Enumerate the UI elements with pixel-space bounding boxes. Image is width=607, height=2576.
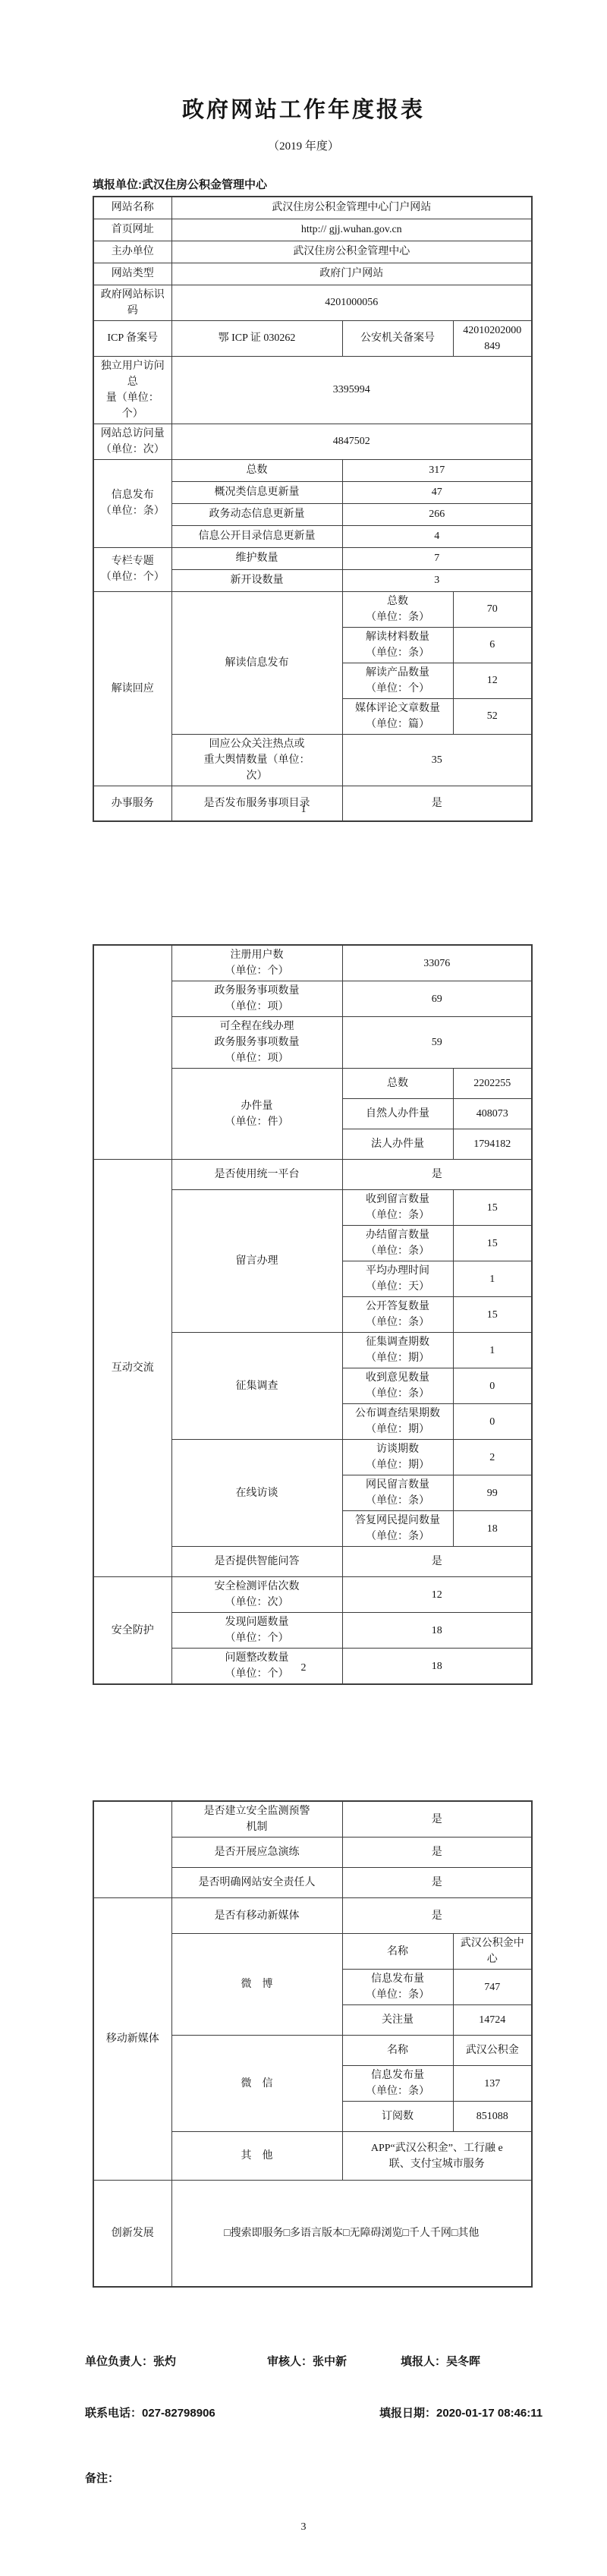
total-visits-label: 网站总访问量 （单位：次） — [93, 424, 171, 459]
columns-maintained-label: 维护数量 — [171, 547, 342, 569]
response-hotspot-value: 35 — [342, 734, 532, 786]
registered-users-value: 33076 — [342, 945, 532, 981]
info-total-label: 总数 — [171, 459, 342, 481]
messages-completed-value: 15 — [453, 1226, 532, 1261]
info-publish-section-label: 信息发布 （单位：条） — [93, 459, 171, 547]
other-media-value: APP“武汉公积金”、工行融 e 联、支付宝城市服务 — [342, 2132, 532, 2181]
messages-public-value: 15 — [453, 1297, 532, 1333]
survey-opinions-value: 0 — [453, 1368, 532, 1404]
has-mobile-media-value: 是 — [342, 1898, 532, 1934]
site-code-value: 4201000056 — [171, 285, 532, 320]
wechat-posts-label: 信息发布量 （单位：条） — [342, 2066, 453, 2102]
interpretation-section-label: 解读回应 — [93, 591, 171, 786]
interp-material-value: 6 — [453, 627, 532, 663]
interp-total-label: 总数 （单位：条） — [342, 591, 453, 627]
messages-avgtime-value: 1 — [453, 1261, 532, 1297]
security-checks-label: 安全检测评估次数 （单位：次） — [171, 1577, 342, 1613]
report-title: 政府网站工作年度报表 — [0, 0, 607, 124]
info-directory-value: 4 — [342, 525, 532, 547]
security-drill-value: 是 — [342, 1838, 532, 1868]
unique-visitors-value: 3395994 — [171, 356, 532, 424]
survey-periods-value: 1 — [453, 1333, 532, 1368]
interp-total-value: 70 — [453, 591, 532, 627]
info-directory-label: 信息公开目录信息更新量 — [171, 525, 342, 547]
wechat-name-value: 武汉公积金 — [453, 2036, 532, 2066]
unified-platform-label: 是否使用统一平台 — [171, 1160, 342, 1190]
table-row: 信息发布 （单位：条） 总数 317 — [93, 459, 532, 481]
unit-head-signature: 单位负责人：张灼 — [85, 2353, 176, 2369]
security-warning-label: 是否建立安全监测预警 机制 — [171, 1801, 342, 1838]
home-url-value: http:// gjj.wuhan.gov.cn — [171, 219, 532, 241]
interp-media-label: 媒体评论文章数量 （单位：篇） — [342, 698, 453, 734]
handling-total-label: 总数 — [342, 1069, 453, 1099]
table-row: 互动交流 是否使用统一平台 是 — [93, 1160, 532, 1190]
table-row: 政府网站标识码 4201000056 — [93, 285, 532, 320]
wechat-posts-value: 137 — [453, 2066, 532, 2102]
smart-qa-label: 是否提供智能问答 — [171, 1547, 342, 1577]
security-owner-value: 是 — [342, 1868, 532, 1898]
response-hotspot-label: 回应公众关注热点或 重大舆情数量（单位： 次） — [171, 734, 342, 786]
service-items-label: 政务服务事项数量 （单位：项） — [171, 981, 342, 1017]
security-checks-value: 12 — [342, 1577, 532, 1613]
info-dynamic-label: 政务动态信息更新量 — [171, 503, 342, 525]
filing-date: 填报日期：2020-01-17 08:46:11 — [379, 2404, 543, 2420]
organizer-value: 武汉住房公积金管理中心 — [171, 241, 532, 263]
online-items-label: 可全程在线办理 政务服务事项数量 （单位：项） — [171, 1017, 342, 1069]
info-overview-value: 47 — [342, 481, 532, 503]
registered-users-label: 注册用户数 （单位：个） — [171, 945, 342, 981]
special-columns-section-label: 专栏专题 （单位：个） — [93, 547, 171, 591]
page-3: 是否建立安全监测预警 机制 是 是否开展应急演练 是 是否明确网站安全责任人 是… — [0, 1717, 607, 2576]
innovation-section-label: 创新发展 — [93, 2181, 171, 2287]
weibo-name-value: 武汉公积金中 心 — [453, 1934, 532, 1970]
signature-row-1: 单位负责人：张灼 审核人：张中新 填报人：吴冬晖 — [0, 2353, 607, 2371]
filler-signature: 填报人：吴冬晖 — [401, 2353, 480, 2369]
other-media-label: 其 他 — [171, 2132, 342, 2181]
site-name-value: 武汉住房公积金管理中心门户网站 — [171, 197, 532, 219]
messages-completed-label: 办结留言数量 （单位：条） — [342, 1226, 453, 1261]
handling-natural-value: 408073 — [453, 1099, 532, 1129]
wechat-name-label: 名称 — [342, 2036, 453, 2066]
message-handling-label: 留言办理 — [171, 1190, 342, 1333]
security-issues-label: 发现问题数量 （单位：个） — [171, 1613, 342, 1649]
page-number-1: 1 — [0, 804, 607, 816]
service-items-value: 69 — [342, 981, 532, 1017]
organizer-label: 主办单位 — [93, 241, 171, 263]
signature-row-2: 联系电话：027-82798906 填报日期：2020-01-17 08:46:… — [0, 2404, 607, 2423]
wechat-label: 微 信 — [171, 2036, 342, 2132]
table-row: 创新发展 □搜索即服务□多语言版本□无障碍浏览□千人千网□其他 — [93, 2181, 532, 2287]
smart-qa-value: 是 — [342, 1547, 532, 1577]
innovation-checkboxes: □搜索即服务□多语言版本□无障碍浏览□千人千网□其他 — [171, 2181, 532, 2287]
table-row: 独立用户访问总 量（单位：个） 3395994 — [93, 356, 532, 424]
handling-total-value: 2202255 — [453, 1069, 532, 1099]
table-row: 网站类型 政府门户网站 — [93, 263, 532, 285]
table-row: 是否建立安全监测预警 机制 是 — [93, 1801, 532, 1838]
interp-product-label: 解读产品数量 （单位：个） — [342, 663, 453, 698]
contact-phone: 联系电话：027-82798906 — [85, 2404, 215, 2420]
icp-value: 鄂 ICP 证 030262 — [171, 320, 342, 356]
weibo-posts-label: 信息发布量 （单位：条） — [342, 1970, 453, 2005]
table-row: 首页网址 http:// gjj.wuhan.gov.cn — [93, 219, 532, 241]
interaction-section-label: 互动交流 — [93, 1160, 171, 1577]
interview-messages-value: 99 — [453, 1475, 532, 1511]
interview-section-label: 在线访谈 — [171, 1440, 342, 1547]
icp-label: ICP 备案号 — [93, 320, 171, 356]
page-number-3: 3 — [0, 2521, 607, 2533]
table-row: 主办单位 武汉住房公积金管理中心 — [93, 241, 532, 263]
has-mobile-media-label: 是否有移动新媒体 — [171, 1898, 342, 1934]
report-table-page1: 网站名称 武汉住房公积金管理中心门户网站 首页网址 http:// gjj.wu… — [93, 196, 533, 822]
reporting-unit-line: 填报单位:武汉住房公积金管理中心 — [93, 176, 607, 192]
table-row: ICP 备案号 鄂 ICP 证 030262 公安机关备案号 420102020… — [93, 320, 532, 356]
weibo-followers-label: 关注量 — [342, 2005, 453, 2036]
security-drill-label: 是否开展应急演练 — [171, 1838, 342, 1868]
info-dynamic-value: 266 — [342, 503, 532, 525]
info-overview-label: 概况类信息更新量 — [171, 481, 342, 503]
interview-messages-label: 网民留言数量 （单位：条） — [342, 1475, 453, 1511]
report-year: （2019 年度） — [0, 137, 607, 153]
total-visits-value: 4847502 — [171, 424, 532, 459]
wechat-subscribers-label: 订阅数 — [342, 2102, 453, 2132]
online-items-value: 59 — [342, 1017, 532, 1069]
interp-material-label: 解读材料数量 （单位：条） — [342, 627, 453, 663]
remarks-label: 备注： — [85, 2470, 119, 2486]
table-row: 安全防护 安全检测评估次数 （单位：次） 12 — [93, 1577, 532, 1613]
security-owner-label: 是否明确网站安全责任人 — [171, 1868, 342, 1898]
survey-results-label: 公布调查结果期数 （单位：期） — [342, 1404, 453, 1440]
page-1: 政府网站工作年度报表 （2019 年度） 填报单位:武汉住房公积金管理中心 网站… — [0, 0, 607, 858]
police-record-label: 公安机关备案号 — [342, 320, 453, 356]
auditor-signature: 审核人：张中新 — [267, 2353, 347, 2369]
interpretation-publish-label: 解读信息发布 — [171, 591, 342, 734]
report-table-page2: 注册用户数 （单位：个） 33076 政务服务事项数量 （单位：项） 69 可全… — [93, 944, 533, 1685]
handling-legal-value: 1794182 — [453, 1129, 532, 1160]
survey-opinions-label: 收到意见数量 （单位：条） — [342, 1368, 453, 1404]
site-type-label: 网站类型 — [93, 263, 171, 285]
report-table-page3: 是否建立安全监测预警 机制 是 是否开展应急演练 是 是否明确网站安全责任人 是… — [93, 1800, 533, 2288]
messages-received-value: 15 — [453, 1190, 532, 1226]
handling-legal-label: 法人办件量 — [342, 1129, 453, 1160]
interview-replies-value: 18 — [453, 1511, 532, 1547]
mobile-media-section-label: 移动新媒体 — [93, 1898, 171, 2181]
table-row: 网站总访问量 （单位：次） 4847502 — [93, 424, 532, 459]
table-row: 解读回应 解读信息发布 总数 （单位：条） 70 — [93, 591, 532, 627]
weibo-posts-value: 747 — [453, 1970, 532, 2005]
messages-avgtime-label: 平均办理时间 （单位：天） — [342, 1261, 453, 1297]
security-section-continued — [93, 1801, 171, 1898]
table-row: 移动新媒体 是否有移动新媒体 是 — [93, 1898, 532, 1934]
interp-media-value: 52 — [453, 698, 532, 734]
home-url-label: 首页网址 — [93, 219, 171, 241]
table-row: 专栏专题 （单位：个） 维护数量 7 — [93, 547, 532, 569]
messages-received-label: 收到留言数量 （单位：条） — [342, 1190, 453, 1226]
remarks-row: 备注： — [0, 2470, 607, 2488]
handling-natural-label: 自然人办件量 — [342, 1099, 453, 1129]
survey-section-label: 征集调查 — [171, 1333, 342, 1440]
weibo-followers-value: 14724 — [453, 2005, 532, 2036]
columns-new-value: 3 — [342, 569, 532, 591]
weibo-label: 微 博 — [171, 1934, 342, 2036]
survey-periods-label: 征集调查期数 （单位：期） — [342, 1333, 453, 1368]
unique-visitors-label: 独立用户访问总 量（单位：个） — [93, 356, 171, 424]
messages-public-label: 公开答复数量 （单位：条） — [342, 1297, 453, 1333]
police-record-value: 42010202000 849 — [453, 320, 532, 356]
security-issues-value: 18 — [342, 1613, 532, 1649]
columns-maintained-value: 7 — [342, 547, 532, 569]
service-section-continued — [93, 945, 171, 1160]
interview-periods-value: 2 — [453, 1440, 532, 1475]
wechat-subscribers-value: 851088 — [453, 2102, 532, 2132]
interview-replies-label: 答复网民提问数量 （单位：条） — [342, 1511, 453, 1547]
page-number-2: 2 — [0, 1662, 607, 1674]
columns-new-label: 新开设数量 — [171, 569, 342, 591]
handling-volume-label: 办件量 （单位：件） — [171, 1069, 342, 1160]
weibo-name-label: 名称 — [342, 1934, 453, 1970]
table-row: 网站名称 武汉住房公积金管理中心门户网站 — [93, 197, 532, 219]
interp-product-value: 12 — [453, 663, 532, 698]
security-warning-value: 是 — [342, 1801, 532, 1838]
survey-results-value: 0 — [453, 1404, 532, 1440]
unified-platform-value: 是 — [342, 1160, 532, 1190]
site-name-label: 网站名称 — [93, 197, 171, 219]
info-total-value: 317 — [342, 459, 532, 481]
page-2: 注册用户数 （单位：个） 33076 政务服务事项数量 （单位：项） 69 可全… — [0, 858, 607, 1717]
site-code-label: 政府网站标识码 — [93, 285, 171, 320]
interview-periods-label: 访谈期数 （单位：期） — [342, 1440, 453, 1475]
table-row: 注册用户数 （单位：个） 33076 — [93, 945, 532, 981]
site-type-value: 政府门户网站 — [171, 263, 532, 285]
